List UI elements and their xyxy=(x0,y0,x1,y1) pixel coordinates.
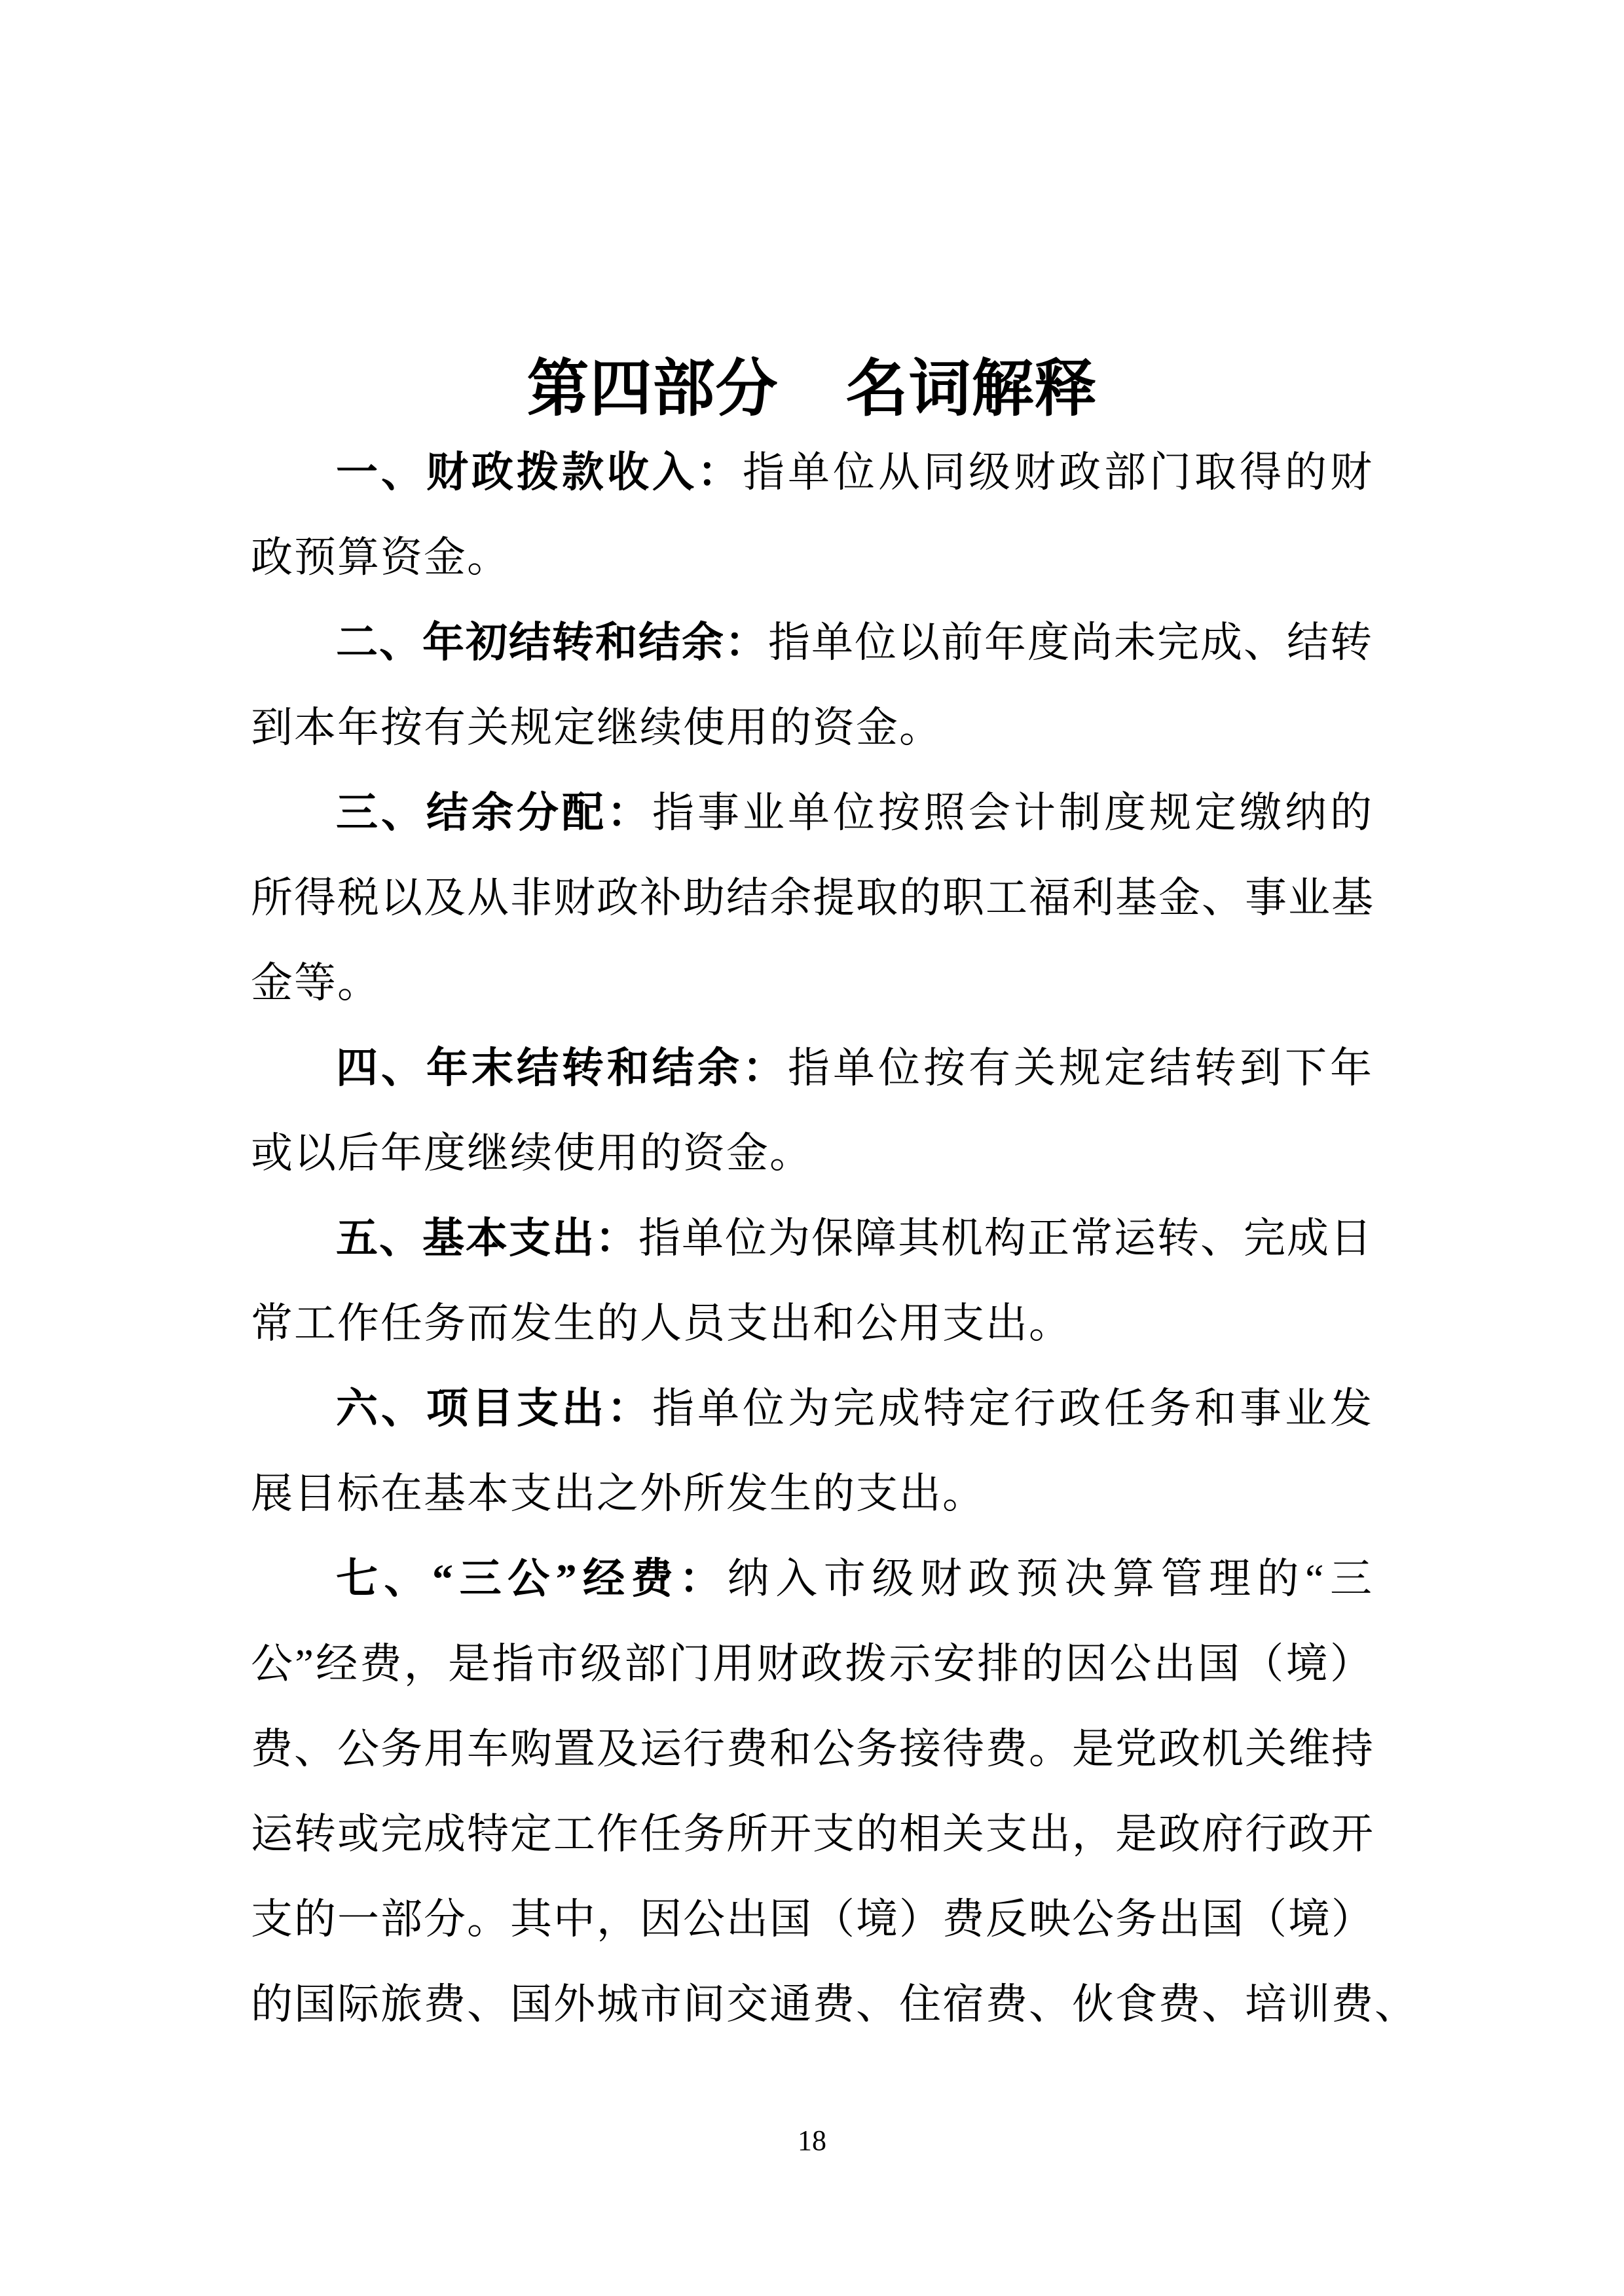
paragraph-line: 金等。 xyxy=(251,941,1373,1026)
definition-text: 政预算资金。 xyxy=(251,534,510,581)
paragraph-line: 到本年按有关规定继续使用的资金。 xyxy=(251,685,1373,771)
paragraph-line: 一、财政拨款收入：指单位从同级财政部门取得的财 xyxy=(251,430,1373,515)
paragraph-line: 四、年末结转和结余：指单位按有关规定结转到下年 xyxy=(251,1026,1373,1111)
paragraph-line: 三、结余分配：指事业单位按照会计制度规定缴纳的 xyxy=(251,771,1373,856)
definition-text: 所得税以及从非财政补助结余提取的职工福利基金、事业基 xyxy=(251,875,1375,921)
paragraph-line: 公”经费，是指市级部门用财政拨示安排的因公出国（境） xyxy=(251,1622,1373,1707)
definition-term: 三、结余分配： xyxy=(336,790,652,836)
definition-text: 运转或完成特定工作任务所开支的相关支出，是政府行政开 xyxy=(251,1811,1375,1857)
definition-text: 的国际旅费、国外城市间交通费、住宿费、伙食费、培训费、 xyxy=(251,1981,1418,2028)
definition-term: 六、项目支出： xyxy=(336,1385,652,1432)
definition-text: 展目标在基本支出之外所发生的支出。 xyxy=(251,1470,986,1517)
definition-term: 四、年末结转和结余： xyxy=(336,1045,788,1091)
paragraph-line: 常工作任务而发生的人员支出和公用支出。 xyxy=(251,1281,1373,1366)
definition-text: 到本年按有关规定继续使用的资金。 xyxy=(251,704,942,751)
definition-term: 二、年初结转和结余： xyxy=(336,619,768,666)
definition-text: 指单位为完成特定行政任务和事业发 xyxy=(652,1385,1373,1432)
definition-text: 公”经费，是指市级部门用财政拨示安排的因公出国（境） xyxy=(251,1641,1373,1687)
definition-text: 指事业单位按照会计制度规定缴纳的 xyxy=(652,790,1373,836)
paragraph-line: 政预算资金。 xyxy=(251,515,1373,600)
definition-term: 一、财政拨款收入： xyxy=(336,449,743,496)
definition-text: 费、公务用车购置及运行费和公务接待费。是党政机关维持 xyxy=(251,1726,1375,1772)
paragraph-line: 二、年初结转和结余：指单位以前年度尚未完成、结转 xyxy=(251,600,1373,685)
page-number: 18 xyxy=(0,2121,1624,2160)
paragraph-line: 的国际旅费、国外城市间交通费、住宿费、伙食费、培训费、 xyxy=(251,1962,1373,2047)
definition-text: 指单位为保障其机构正常运转、完成日 xyxy=(638,1215,1373,1262)
paragraph-line: 费、公务用车购置及运行费和公务接待费。是党政机关维持 xyxy=(251,1707,1373,1792)
definition-text: 金等。 xyxy=(251,960,380,1006)
title-section-label: 第四部分 xyxy=(526,352,778,426)
paragraph-line: 所得税以及从非财政补助结余提取的职工福利基金、事业基 xyxy=(251,856,1373,941)
title-subject-label: 名词解释 xyxy=(846,352,1098,426)
definition-text: 指单位从同级财政部门取得的财 xyxy=(743,449,1373,496)
paragraph-line: 展目标在基本支出之外所发生的支出。 xyxy=(251,1451,1373,1537)
definition-text: 支的一部分。其中，因公出国（境）费反映公务出国（境） xyxy=(251,1896,1375,1942)
paragraph-line: 运转或完成特定工作任务所开支的相关支出，是政府行政开 xyxy=(251,1792,1373,1877)
paragraph-line: 五、基本支出：指单位为保障其机构正常运转、完成日 xyxy=(251,1196,1373,1281)
definition-text: 常工作任务而发生的人员支出和公用支出。 xyxy=(251,1300,1072,1347)
paragraph-line: 或以后年度继续使用的资金。 xyxy=(251,1111,1373,1196)
definition-text: 指单位以前年度尚未完成、结转 xyxy=(768,619,1373,666)
definition-text: 或以后年度继续使用的资金。 xyxy=(251,1130,813,1176)
paragraph-line: 七、“三公”经费：纳入市级财政预决算管理的“三 xyxy=(251,1537,1373,1622)
definition-term: 七、“三公”经费： xyxy=(336,1556,728,1602)
definitions-body: 一、财政拨款收入：指单位从同级财政部门取得的财政预算资金。二、年初结转和结余：指… xyxy=(251,430,1373,2047)
paragraph-line: 六、项目支出：指单位为完成特定行政任务和事业发 xyxy=(251,1366,1373,1451)
definition-text: 指单位按有关规定结转到下年 xyxy=(788,1045,1373,1091)
definition-text: 纳入市级财政预决算管理的“三 xyxy=(728,1556,1373,1602)
paragraph-line: 支的一部分。其中，因公出国（境）费反映公务出国（境） xyxy=(251,1877,1373,1962)
page-title: 第四部分 名词解释 xyxy=(0,352,1624,426)
definition-term: 五、基本支出： xyxy=(336,1215,638,1262)
document-page: 第四部分 名词解释 一、财政拨款收入：指单位从同级财政部门取得的财政预算资金。二… xyxy=(0,0,1624,2296)
